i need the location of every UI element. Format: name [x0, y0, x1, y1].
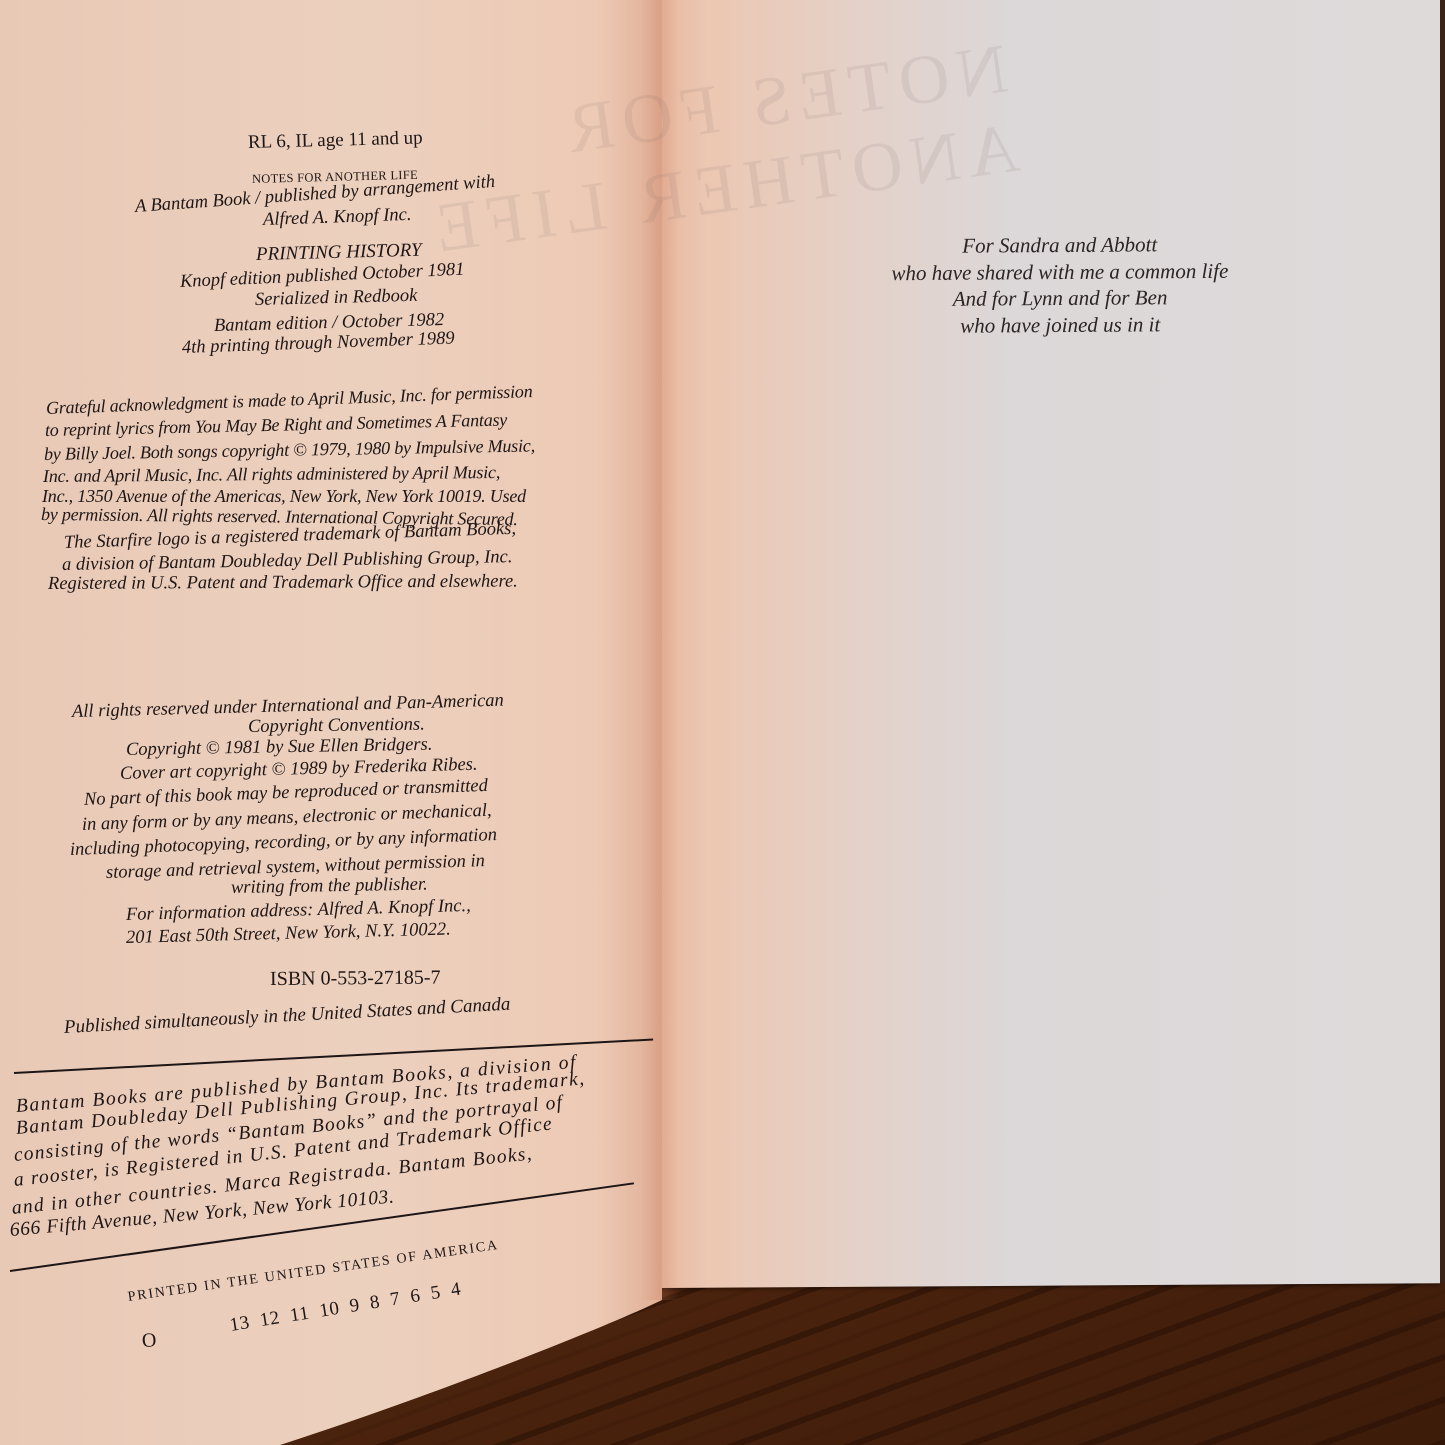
rights-line: writing from the publisher.: [231, 875, 428, 899]
publisher-line: Alfred A. Knopf Inc.: [263, 205, 412, 231]
dedication: For Sandra and Abbott who have shared wi…: [820, 230, 1301, 339]
page-edge: [1440, 0, 1445, 1283]
dedication-line: who have joined us in it: [820, 310, 1300, 340]
copyright-page: RL 6, IL age 11 and up NOTES FOR ANOTHER…: [0, 0, 662, 1445]
dedication-line: And for Lynn and for Ben: [820, 283, 1300, 313]
acknowledgment-line: Inc. and April Music, Inc. All rights ad…: [43, 462, 500, 487]
published-simultaneously: Published simultaneously in the United S…: [63, 994, 511, 1039]
printing-history-line: Serialized in Redbook: [255, 286, 418, 311]
dedication-line: For Sandra and Abbott: [820, 230, 1300, 260]
acknowledgment-line: by Billy Joel. Both songs copyright © 19…: [44, 435, 535, 465]
isbn: ISBN 0-553-27185-7: [270, 967, 441, 991]
starfire-notice-line: Registered in U.S. Patent and Trademark …: [48, 572, 518, 595]
printer-key-code: O: [141, 1329, 157, 1353]
dedication-line: who have shared with me a common life: [820, 257, 1300, 287]
printer-key-numbers: 13 12 11 10 9 8 7 6 5 4: [228, 1279, 462, 1337]
reading-level: RL 6, IL age 11 and up: [248, 127, 423, 154]
